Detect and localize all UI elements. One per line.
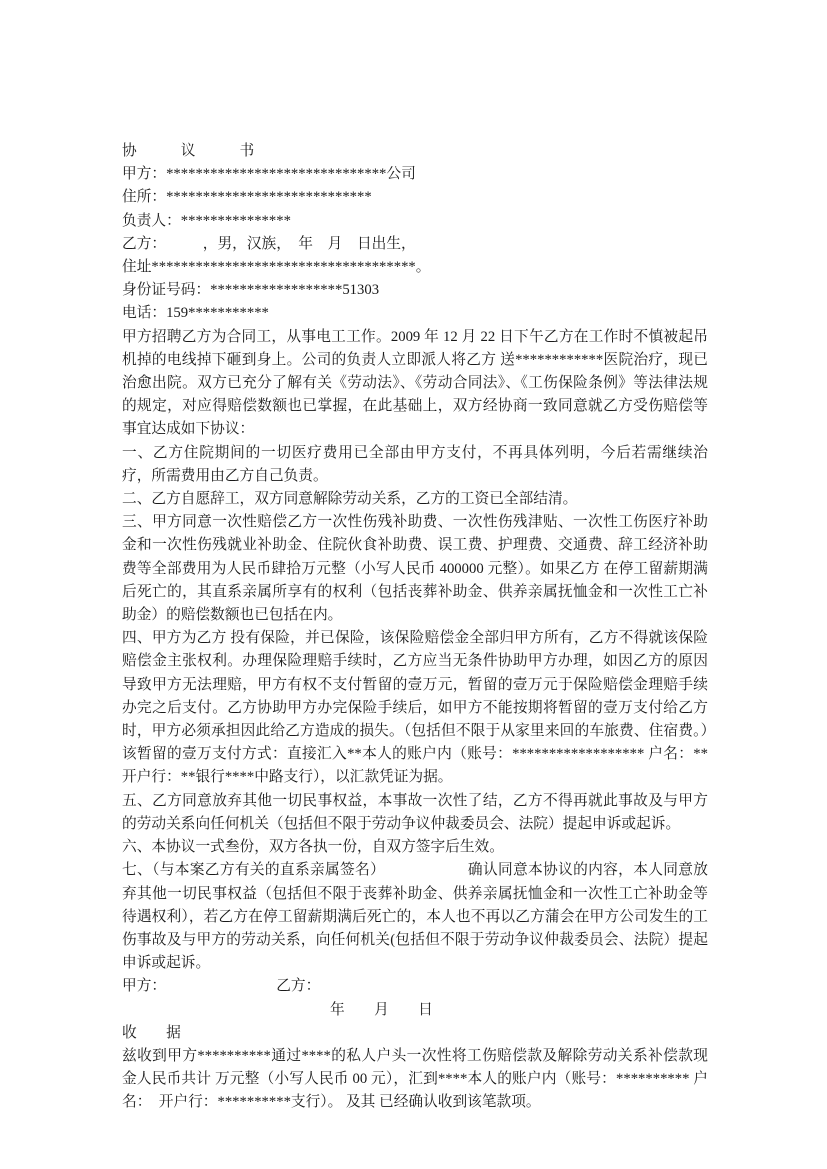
party-b-line: 乙方： ，男，汉族， 年 月 日出生， — [122, 233, 708, 256]
principal-line: 负责人：*************** — [122, 210, 708, 233]
receipt-title: 收 据 — [122, 1022, 708, 1045]
signature-row: 甲方： 乙方： — [122, 975, 708, 998]
document-page: 协 议 书 甲方：******************************公… — [0, 0, 827, 1169]
clause-3: 三、甲方同意一次性赔偿乙方一次性伤残补助费、一次性伤残津贴、一次性工伤医疗补助金… — [122, 511, 708, 627]
receipt-body: 兹收到甲方**********通过****的私人户头一次性将工伤赔偿款及解除劳动… — [122, 1045, 708, 1115]
document-body: 协 议 书 甲方：******************************公… — [122, 140, 708, 1115]
date-row: 年 月 日 — [122, 999, 708, 1022]
clause-2: 二、乙方自愿辞工，双方同意解除劳动关系，乙方的工资已全部结清。 — [122, 488, 708, 511]
phone-line: 电话：159*********** — [122, 302, 708, 325]
document-title: 协 议 书 — [122, 140, 708, 163]
clause-6: 六、本协议一式叁份，双方各执一份，自双方签字后生效。 — [122, 836, 708, 859]
clause-4: 四、甲方为乙方 投有保险，并已保险，该保险赔偿金全部归甲方所有，乙方不得就该保险… — [122, 627, 708, 789]
residence-line: 住址************************************。 — [122, 256, 708, 279]
clause-7: 七、（与本案乙方有关的直系亲属签名） 确认同意本协议的内容，本人同意放弃其他一切… — [122, 859, 708, 975]
address-line: 住所：**************************** — [122, 186, 708, 209]
clause-5: 五、乙方同意放弃其他一切民事权益，本事故一次性了结，乙方不得再就此事故及与甲方的… — [122, 790, 708, 836]
party-a-line: 甲方：******************************公司 — [122, 163, 708, 186]
clause-1: 一、乙方住院期间的一切医疗费用已全部由甲方支付，不再具体列明，今后若需继续治疗，… — [122, 442, 708, 488]
intro-paragraph: 甲方招聘乙方为合同工，从事电工工作。2009 年 12 月 22 日下午乙方在工… — [122, 326, 708, 442]
id-number-line: 身份证号码：******************51303 — [122, 279, 708, 302]
